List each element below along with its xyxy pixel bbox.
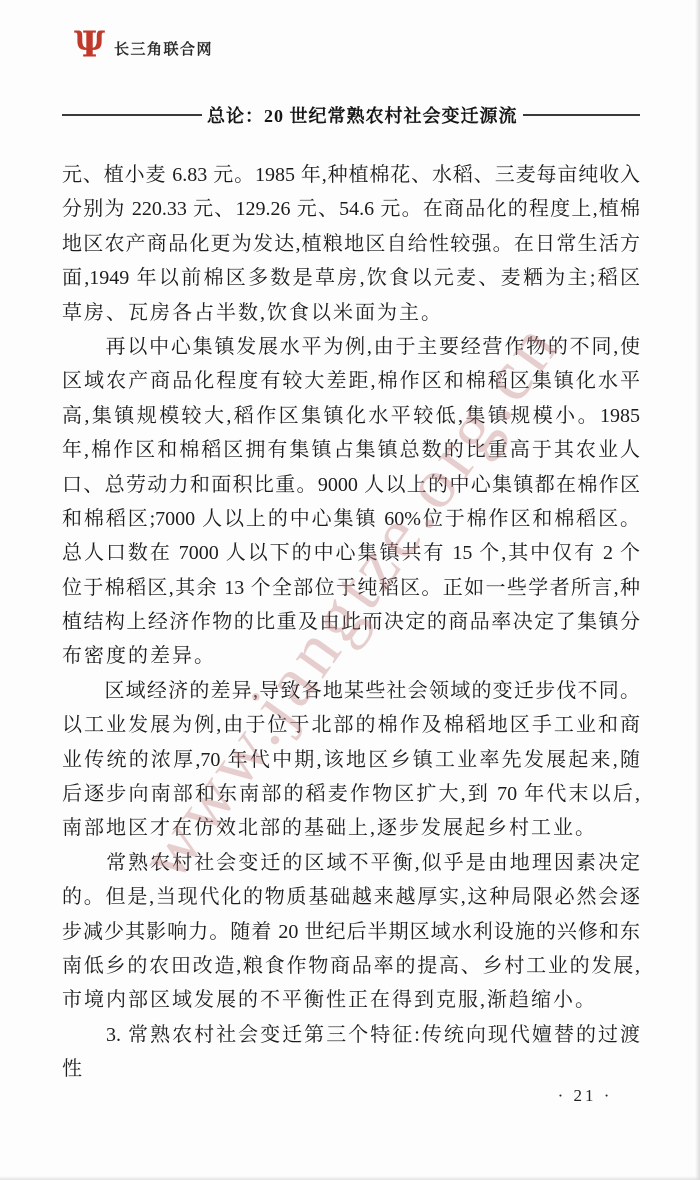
text-line: 性 [62,1052,640,1086]
text-line: 位于棉稻区,其余 13 个全部位于纯稻区。正如一些学者所言,种 [62,571,640,605]
text-line: 植结构上经济作物的比重及由此而决定的商品率决定了集镇分 [62,605,640,639]
chapter-header: 总论：20 世纪常熟农村社会变迁源流 [62,102,640,128]
body-text: 元、植小麦 6.83 元。1985 年,种植棉花、水稻、三麦每亩纯收入分别为 2… [62,158,640,1087]
logo-text: 长三角联合网 [114,32,213,59]
text-line: 以工业发展为例,由于位于北部的棉作及棉稻地区手工业和商 [62,708,640,742]
text-line: 地区农产商品化更为发达,植粮地区自给性较强。在日常生活方 [62,227,640,261]
text-line: 的。但是,当现代化的物质基础越来越厚实,这种局限必然会逐 [62,880,640,914]
header-rule-right [523,114,641,116]
text-line: 后逐步向南部和东南部的稻麦作物区扩大,到 70 年代末以后, [62,777,640,811]
text-line: 区域经济的差异,导致各地某些社会领域的变迁步伐不同。 [62,674,640,708]
text-line: 市境内部区域发展的不平衡性正在得到克服,渐趋缩小。 [62,983,640,1017]
text-line: 南低乡的农田改造,粮食作物商品率的提高、乡村工业的发展, [62,949,640,983]
text-line: 高,集镇规模较大,稻作区集镇化水平较低,集镇规模小。1985 [62,399,640,433]
text-line: 草房、瓦房各占半数,饮食以米面为主。 [62,296,640,330]
logo-trident-icon: Ψ [74,27,105,63]
text-line: 口、总劳动力和面积比重。9000 人以上的中心集镇都在棉作区 [62,468,640,502]
text-line: 再以中心集镇发展水平为例,由于主要经营作物的不同,使 [62,330,640,364]
text-line: 总人口数在 7000 人以下的中心集镇共有 15 个,其中仅有 2 个 [62,536,640,570]
text-line: 面,1949 年以前棉区多数是草房,饮食以元麦、麦粞为主;稻区 [62,261,640,295]
chapter-title: 总论：20 世纪常熟农村社会变迁源流 [207,102,518,128]
text-line: 年,棉作区和棉稻区拥有集镇占集镇总数的比重高于其农业人 [62,433,640,467]
text-line: 和棉稻区;7000 人以上的中心集镇 60%位于棉作区和棉稻区。 [62,502,640,536]
scanned-page: Ψ 长三角联合网 总论：20 世纪常熟农村社会变迁源流 元、植小麦 6.83 元… [0,0,700,1180]
text-line: 业传统的浓厚,70 年代中期,该地区乡镇工业率先发展起来,随 [62,743,640,777]
header-rule-left [62,114,202,116]
text-line: 布密度的差异。 [62,639,640,673]
text-line: 步减少其影响力。随着 20 世纪后半期区域水利设施的兴修和东 [62,915,640,949]
page-number: · 21 · [540,1086,630,1106]
text-line: 分别为 220.33 元、129.26 元、54.6 元。在商品化的程度上,植棉 [62,192,640,226]
text-line: 南部地区才在仿效北部的基础上,逐步发展起乡村工业。 [62,811,640,845]
text-line: 常熟农村社会变迁的区域不平衡,似乎是由地理因素决定 [62,846,640,880]
site-logo: Ψ 长三角联合网 [74,28,213,62]
text-line: 区域农产商品化程度有较大差距,棉作区和棉稻区集镇化水平 [62,364,640,398]
text-line: 元、植小麦 6.83 元。1985 年,种植棉花、水稻、三麦每亩纯收入 [62,158,640,192]
text-line: 3. 常熟农村社会变迁第三个特征:传统向现代嬗替的过渡 [62,1018,640,1052]
